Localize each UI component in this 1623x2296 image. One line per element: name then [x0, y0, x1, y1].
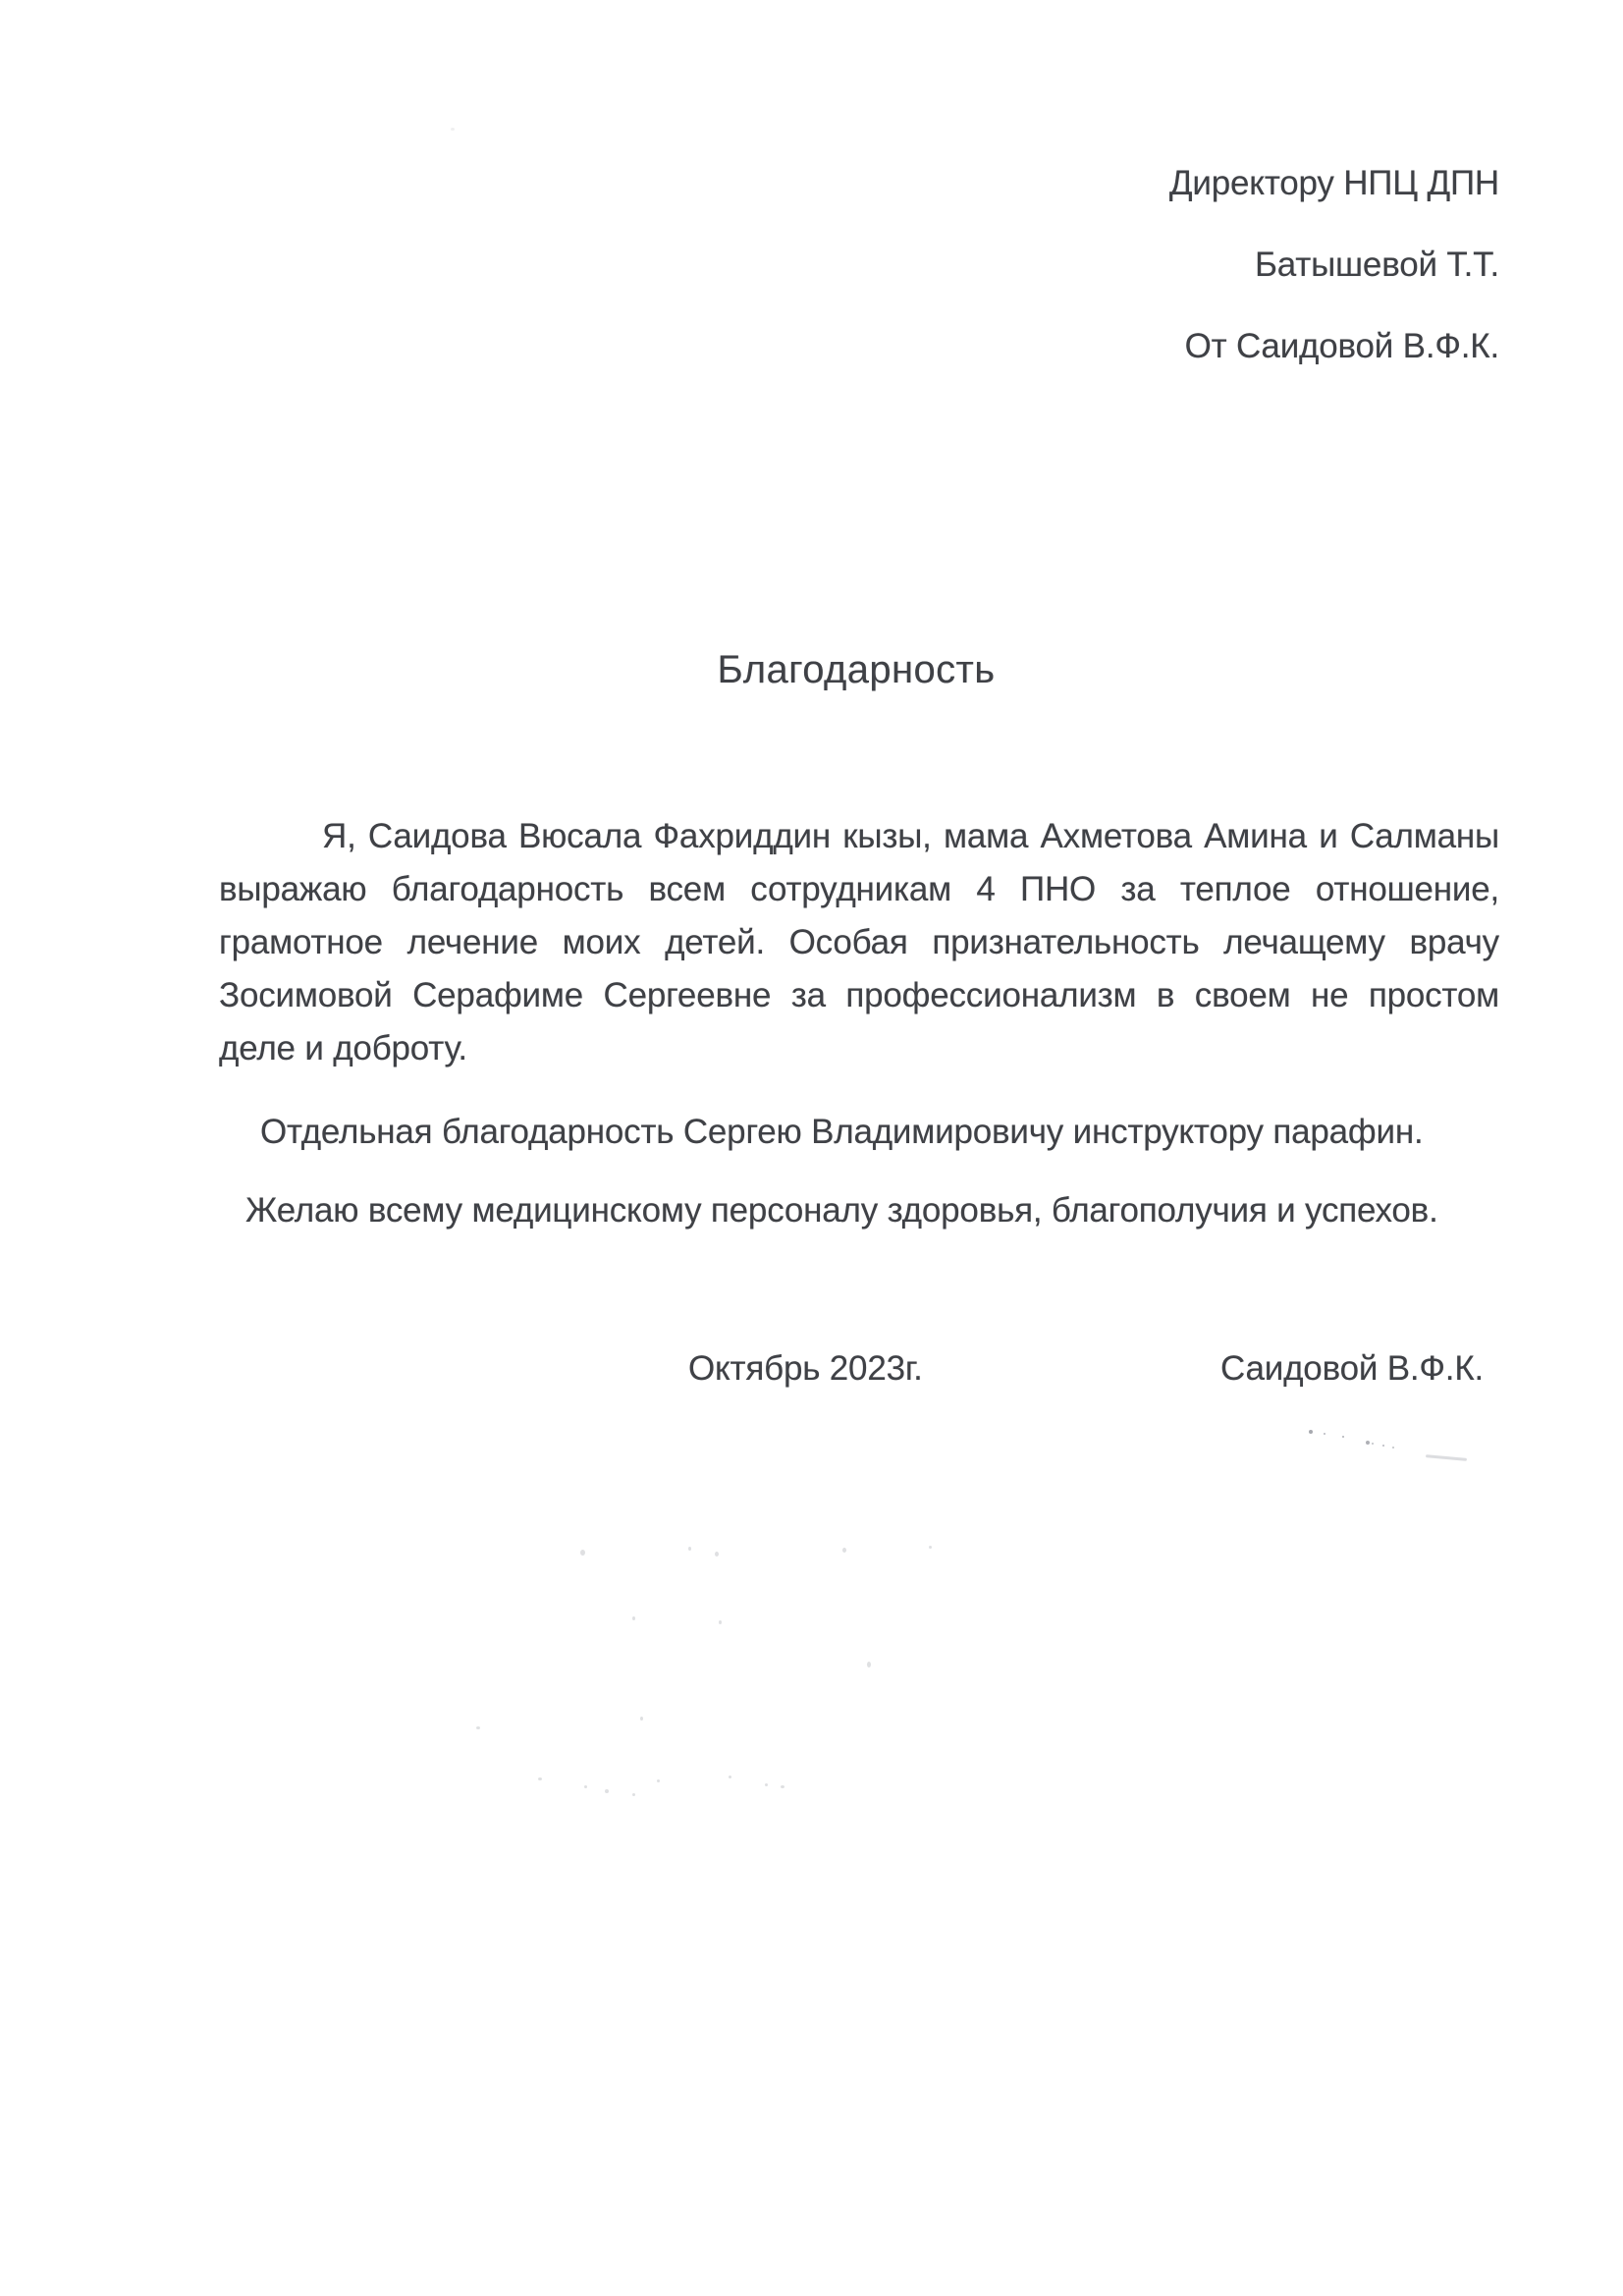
scan-speck — [640, 1717, 643, 1721]
recipient-block: Директору НПЦ ДПН Батышевой Т.Т. От Саид… — [1169, 142, 1499, 387]
body-line: грамотное лечение моих детей. Особая при… — [219, 916, 1499, 969]
scan-speck — [842, 1548, 846, 1553]
body-paragraph-special-thanks: Отдельная благодарность Сергею Владимиро… — [219, 1106, 1499, 1159]
recipient-line-name: Батышевой Т.Т. — [1169, 224, 1499, 305]
sender-line: От Саидовой В.Ф.К. — [1169, 305, 1499, 387]
scan-speck — [867, 1662, 871, 1667]
scan-speck — [476, 1726, 480, 1729]
scan-speck — [584, 1785, 587, 1788]
signature-pencil-smear — [1426, 1454, 1467, 1461]
scan-speck — [688, 1547, 691, 1551]
letter-title: Благодарность — [718, 646, 996, 693]
scan-speck — [451, 128, 455, 131]
letter-body: Я, Саидова Вюсала Фахриддин кызы, мама А… — [219, 810, 1499, 1237]
scan-speck — [715, 1552, 719, 1557]
body-line: деле и доброту. — [219, 1022, 1499, 1075]
body-line: Зосимовой Серафиме Сергеевне за професси… — [219, 969, 1499, 1022]
scan-speck — [929, 1546, 932, 1549]
scan-speck — [729, 1776, 731, 1778]
body-line: Я, Саидова Вюсала Фахриддин кызы, мама А… — [219, 810, 1499, 863]
scan-speck — [781, 1785, 784, 1788]
letter-date: Октябрь 2023г. — [688, 1342, 923, 1395]
scan-speck — [538, 1777, 542, 1780]
body-line: выражаю благодарность всем сотрудникам 4… — [219, 863, 1499, 916]
body-paragraph-wishes: Желаю всему медицинскому персоналу здоро… — [219, 1184, 1499, 1237]
letter-page: Директору НПЦ ДПН Батышевой Т.Т. От Саид… — [0, 0, 1623, 2296]
scan-speck — [765, 1783, 768, 1786]
scan-speck — [632, 1793, 635, 1796]
letter-signature-name: Саидовой В.Ф.К. — [1220, 1342, 1484, 1395]
scan-speck — [719, 1620, 722, 1624]
scan-speck — [605, 1789, 609, 1793]
recipient-line-director: Директору НПЦ ДПН — [1169, 142, 1499, 224]
scan-speck — [657, 1779, 660, 1782]
scan-speck — [580, 1550, 585, 1556]
signature-pencil-marks — [1309, 1430, 1313, 1434]
scan-speck — [632, 1616, 635, 1620]
